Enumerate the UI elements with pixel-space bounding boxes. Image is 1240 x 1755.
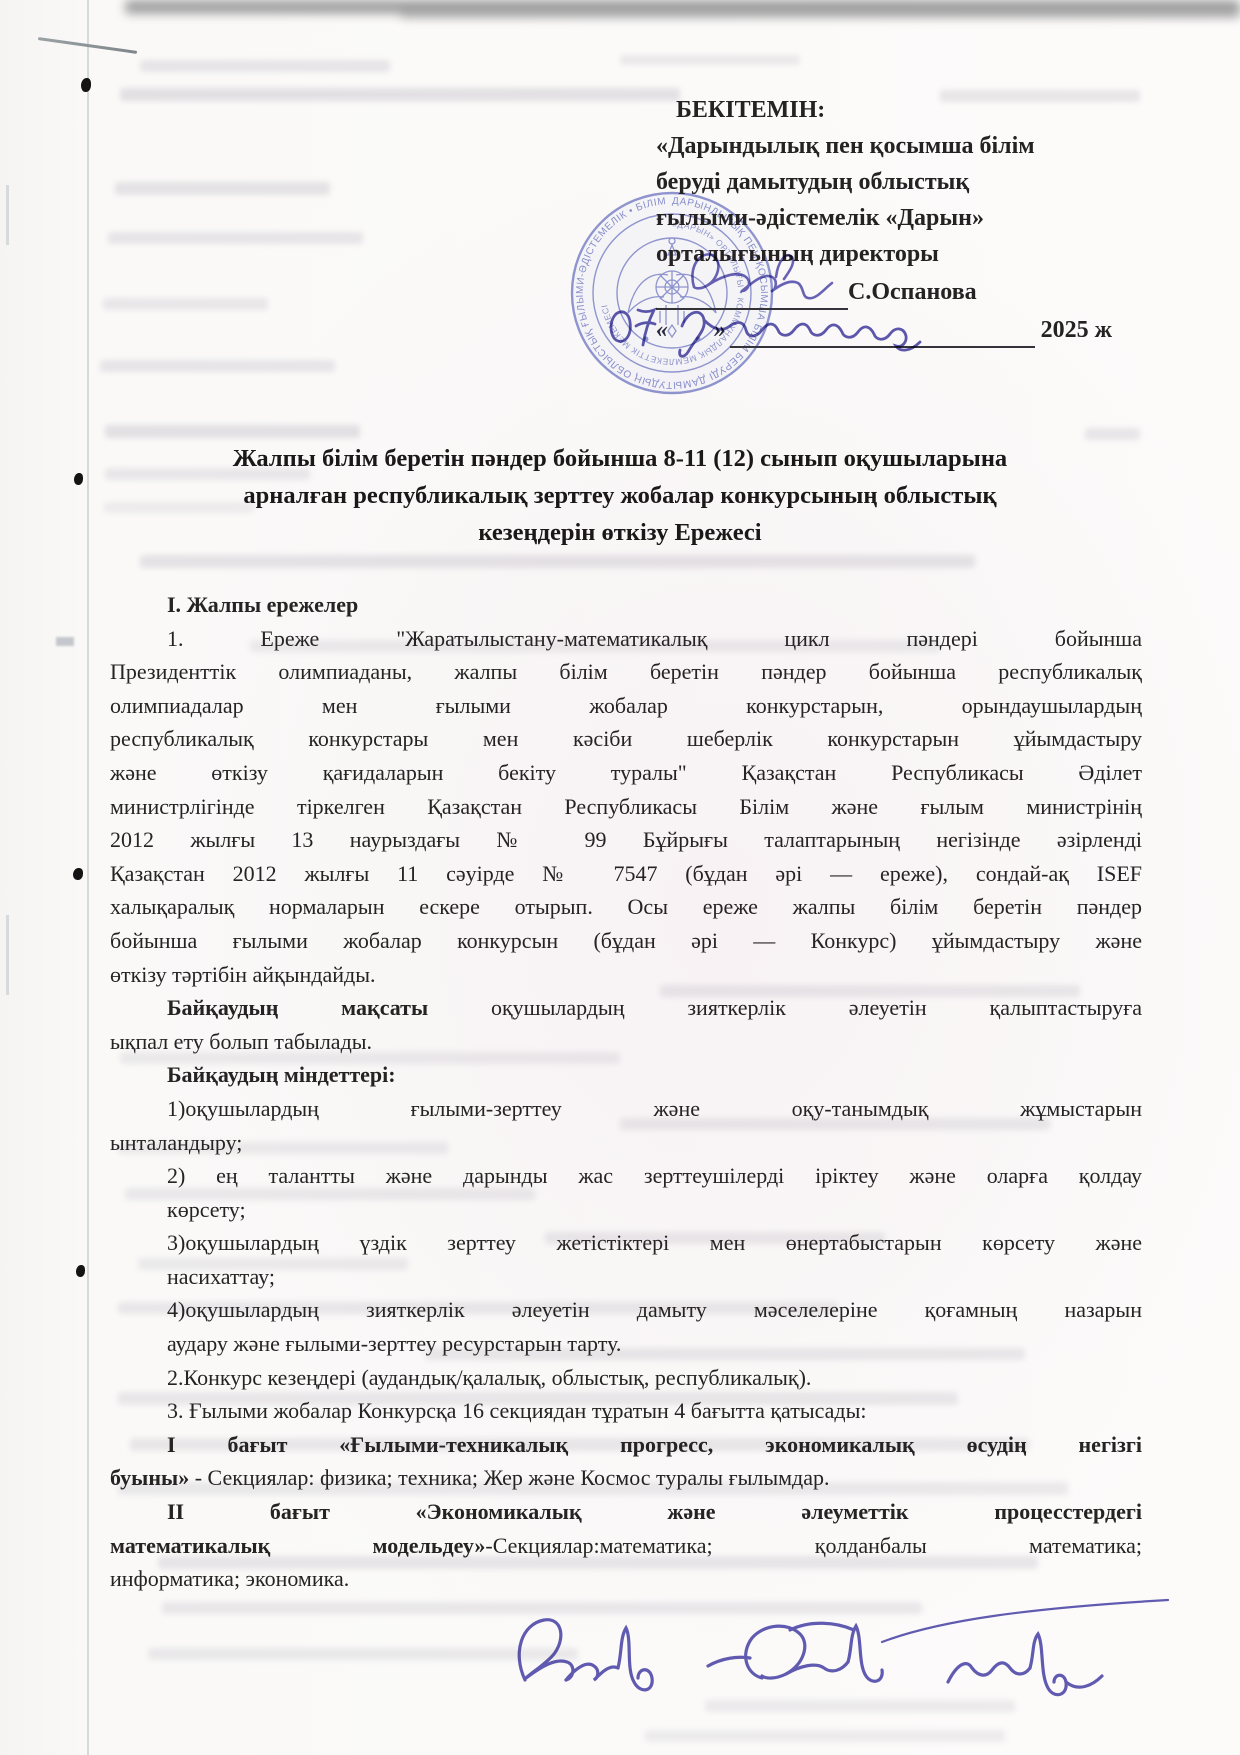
body-line-text-segment: ықпал ету болып табылады. xyxy=(110,1029,372,1054)
body-line: аудару және ғылыми-зерттеу ресурстарын т… xyxy=(110,1327,1142,1361)
bleedthrough-artifact xyxy=(140,60,390,72)
edge-mark xyxy=(6,185,9,245)
body-line: 2012 жылғы 13 наурыздағы № 99 Бұйрығы та… xyxy=(110,823,1142,857)
section-heading: І. Жалпы ережелер xyxy=(110,588,1142,622)
body-line: математикалық модельдеу»-Секциялар:матем… xyxy=(110,1529,1142,1563)
title-line: арналған республикалық зерттеу жобалар к… xyxy=(120,477,1120,514)
paper-edge-line xyxy=(87,0,89,1755)
scan-smudge-top-2 xyxy=(400,9,1240,19)
body-line-text-segment: халықаралық нормаларын ескере отырып. Ос… xyxy=(110,894,1142,919)
date-day-handwriting xyxy=(600,300,662,350)
body-line-text-segment: 2012 жылғы 13 наурыздағы № 99 Бұйрығы та… xyxy=(110,827,1142,852)
body-line-text-segment: аудару және ғылыми-зерттеу ресурстарын т… xyxy=(167,1331,621,1356)
body-line: Байқаудың міндеттері: xyxy=(110,1058,1142,1092)
body-line-text-segment: олимпиадалар мен ғылыми жобалар конкурст… xyxy=(110,693,1142,718)
body-line-text-segment: және өткізу қағидаларын бекіту туралы" Қ… xyxy=(110,760,1142,785)
body-line-text-segment: 4)оқушылардың зияткерлік әлеуетін дамыту… xyxy=(167,1297,1142,1322)
body-line: 3)оқушылардың үздік зерттеу жетістіктері… xyxy=(110,1226,1142,1260)
approve-label: БЕКІТЕМІН: xyxy=(656,92,1138,128)
body-line-text-segment: республикалық конкурстары мен кәсіби шеб… xyxy=(110,726,1142,751)
body-line-text-segment: бойынша ғылыми жобалар конкурсын (бұдан … xyxy=(110,928,1142,953)
body-line-text-segment: - Секциялар: физика; техника; Жер және К… xyxy=(189,1465,829,1490)
body-line: буыны» - Секциялар: физика; техника; Жер… xyxy=(110,1461,1142,1495)
bleedthrough-artifact xyxy=(620,55,800,65)
body-line: және өткізу қағидаларын бекіту туралы" Қ… xyxy=(110,756,1142,790)
body-line: ІІ бағыт «Экономикалық және әлеуметтік п… xyxy=(110,1495,1142,1529)
body-line-text-segment: оқушылардың зияткерлік әлеуетін қалыптас… xyxy=(428,995,1142,1020)
body-line-text-segment: ынталандыру; xyxy=(110,1130,242,1155)
body-line: ынталандыру; xyxy=(110,1126,1142,1160)
body-line-text-segment: Қазақстан 2012 жылғы 11 сәуірде № 7547 (… xyxy=(110,861,1142,886)
title-line: кезеңдерін өткізу Ережесі xyxy=(120,514,1120,551)
body-line: көрсету; xyxy=(110,1193,1142,1227)
bleedthrough-artifact xyxy=(105,425,360,438)
scanned-document-page: ДАРЫНДЫЛЫҚ ПЕН ҚОСЫМША БІЛІМ БЕРУДІ ДАМЫ… xyxy=(0,0,1240,1755)
title-line: Жалпы білім беретін пәндер бойынша 8-11 … xyxy=(120,440,1120,477)
bleedthrough-artifact xyxy=(1085,428,1140,440)
bleedthrough-artifact xyxy=(100,360,335,372)
body-line: 4)оқушылардың зияткерлік әлеуетін дамыту… xyxy=(110,1293,1142,1327)
body-line: Президенттік олимпиаданы, жалпы білім бе… xyxy=(110,655,1142,689)
body-line-bold-segment: Байқаудың мақсаты xyxy=(167,995,428,1020)
body-line: 1. Ереже "Жаратылыстану-математикалық ци… xyxy=(110,622,1142,656)
body-line: 2.Конкурс кезеңдері (аудандық/қалалық, о… xyxy=(110,1361,1142,1395)
bleedthrough-artifact xyxy=(115,182,330,195)
body-line-bold-segment: І бағыт «Ғылыми-техникалық прогресс, эко… xyxy=(167,1432,1142,1457)
org-line: беруді дамытудың облыстық xyxy=(656,164,1138,200)
body-line: Қазақстан 2012 жылғы 11 сәуірде № 7547 (… xyxy=(110,857,1142,891)
body-line-bold-segment: ІІ бағыт «Экономикалық және әлеуметтік п… xyxy=(167,1499,1142,1524)
body-line-bold-segment: Байқаудың міндеттері: xyxy=(167,1062,396,1087)
body-line-text-segment: 3. Ғылыми жобалар Конкурсқа 16 секциядан… xyxy=(167,1398,867,1423)
body-line: өткізу тәртібін айқындайды. xyxy=(110,958,1142,992)
body-line-text-segment: өткізу тәртібін айқындайды. xyxy=(110,962,376,987)
pencil-smudge xyxy=(56,637,74,646)
date-year: 2025 ж xyxy=(1041,312,1112,348)
body-line: бойынша ғылыми жобалар конкурсын (бұдан … xyxy=(110,924,1142,958)
org-line: «Дарындылық пен қосымша білім xyxy=(656,128,1138,164)
body-line-text-segment: көрсету; xyxy=(167,1197,246,1222)
body-line: министрлігінде тіркелген Қазақстан Респу… xyxy=(110,790,1142,824)
ink-dot xyxy=(76,1265,85,1277)
body-line-text-segment: 1. Ереже "Жаратылыстану-математикалық ци… xyxy=(167,626,1142,651)
document-title: Жалпы білім беретін пәндер бойынша 8-11 … xyxy=(120,440,1120,551)
body-line: республикалық конкурстары мен кәсіби шеб… xyxy=(110,722,1142,756)
body-line-bold-segment: математикалық модельдеу» xyxy=(110,1533,485,1558)
body-line: І бағыт «Ғылыми-техникалық прогресс, эко… xyxy=(110,1428,1142,1462)
body-line: 1)оқушылардың ғылыми-зерттеу және оқу-та… xyxy=(110,1092,1142,1126)
body-line-text-segment: 3)оқушылардың үздік зерттеу жетістіктері… xyxy=(167,1230,1142,1255)
org-line: ғылыми-әдістемелік «Дарын» xyxy=(656,200,1138,236)
bottom-signatures-handwriting xyxy=(470,1582,1170,1732)
edge-mark xyxy=(6,915,9,995)
bleedthrough-artifact xyxy=(108,232,363,244)
body-line: халықаралық нормаларын ескере отырып. Ос… xyxy=(110,890,1142,924)
bleedthrough-artifact xyxy=(120,88,680,101)
body-line: Байқаудың мақсаты оқушылардың зияткерлік… xyxy=(110,991,1142,1025)
body-line-text-segment: 2.Конкурс кезеңдері (аудандық/қалалық, о… xyxy=(167,1365,811,1390)
body-line-text-segment: насихаттау; xyxy=(167,1264,275,1289)
ink-dot xyxy=(81,78,91,92)
body-line-text-segment: 2) ең талантты және дарынды жас зерттеуш… xyxy=(167,1163,1142,1188)
ink-dot xyxy=(74,473,83,485)
body-line-text-segment: министрлігінде тіркелген Қазақстан Респу… xyxy=(110,794,1142,819)
bleedthrough-artifact xyxy=(103,298,268,310)
body-line: ықпал ету болып табылады. xyxy=(110,1025,1142,1059)
body-text: І. Жалпы ережелер 1. Ереже "Жаратылыстан… xyxy=(110,588,1142,1596)
date-month-handwriting xyxy=(668,292,938,370)
body-line-text-segment: информатика; экономика. xyxy=(110,1566,349,1591)
body-line: 3. Ғылыми жобалар Конкурсқа 16 секциядан… xyxy=(110,1394,1142,1428)
body-line-text-segment: 1)оқушылардың ғылыми-зерттеу және оқу-та… xyxy=(167,1096,1142,1121)
body-line: 2) ең талантты және дарынды жас зерттеуш… xyxy=(110,1159,1142,1193)
body-line-text-segment: -Секциялар:математика; қолданбалы матема… xyxy=(485,1533,1142,1558)
body-line-bold-segment: буыны» xyxy=(110,1465,189,1490)
body-line-text-segment: Президенттік олимпиаданы, жалпы білім бе… xyxy=(110,659,1142,684)
body-line: олимпиадалар мен ғылыми жобалар конкурст… xyxy=(110,689,1142,723)
body-line: насихаттау; xyxy=(110,1260,1142,1294)
ink-dot xyxy=(73,868,83,880)
bleedthrough-artifact xyxy=(140,555,975,568)
